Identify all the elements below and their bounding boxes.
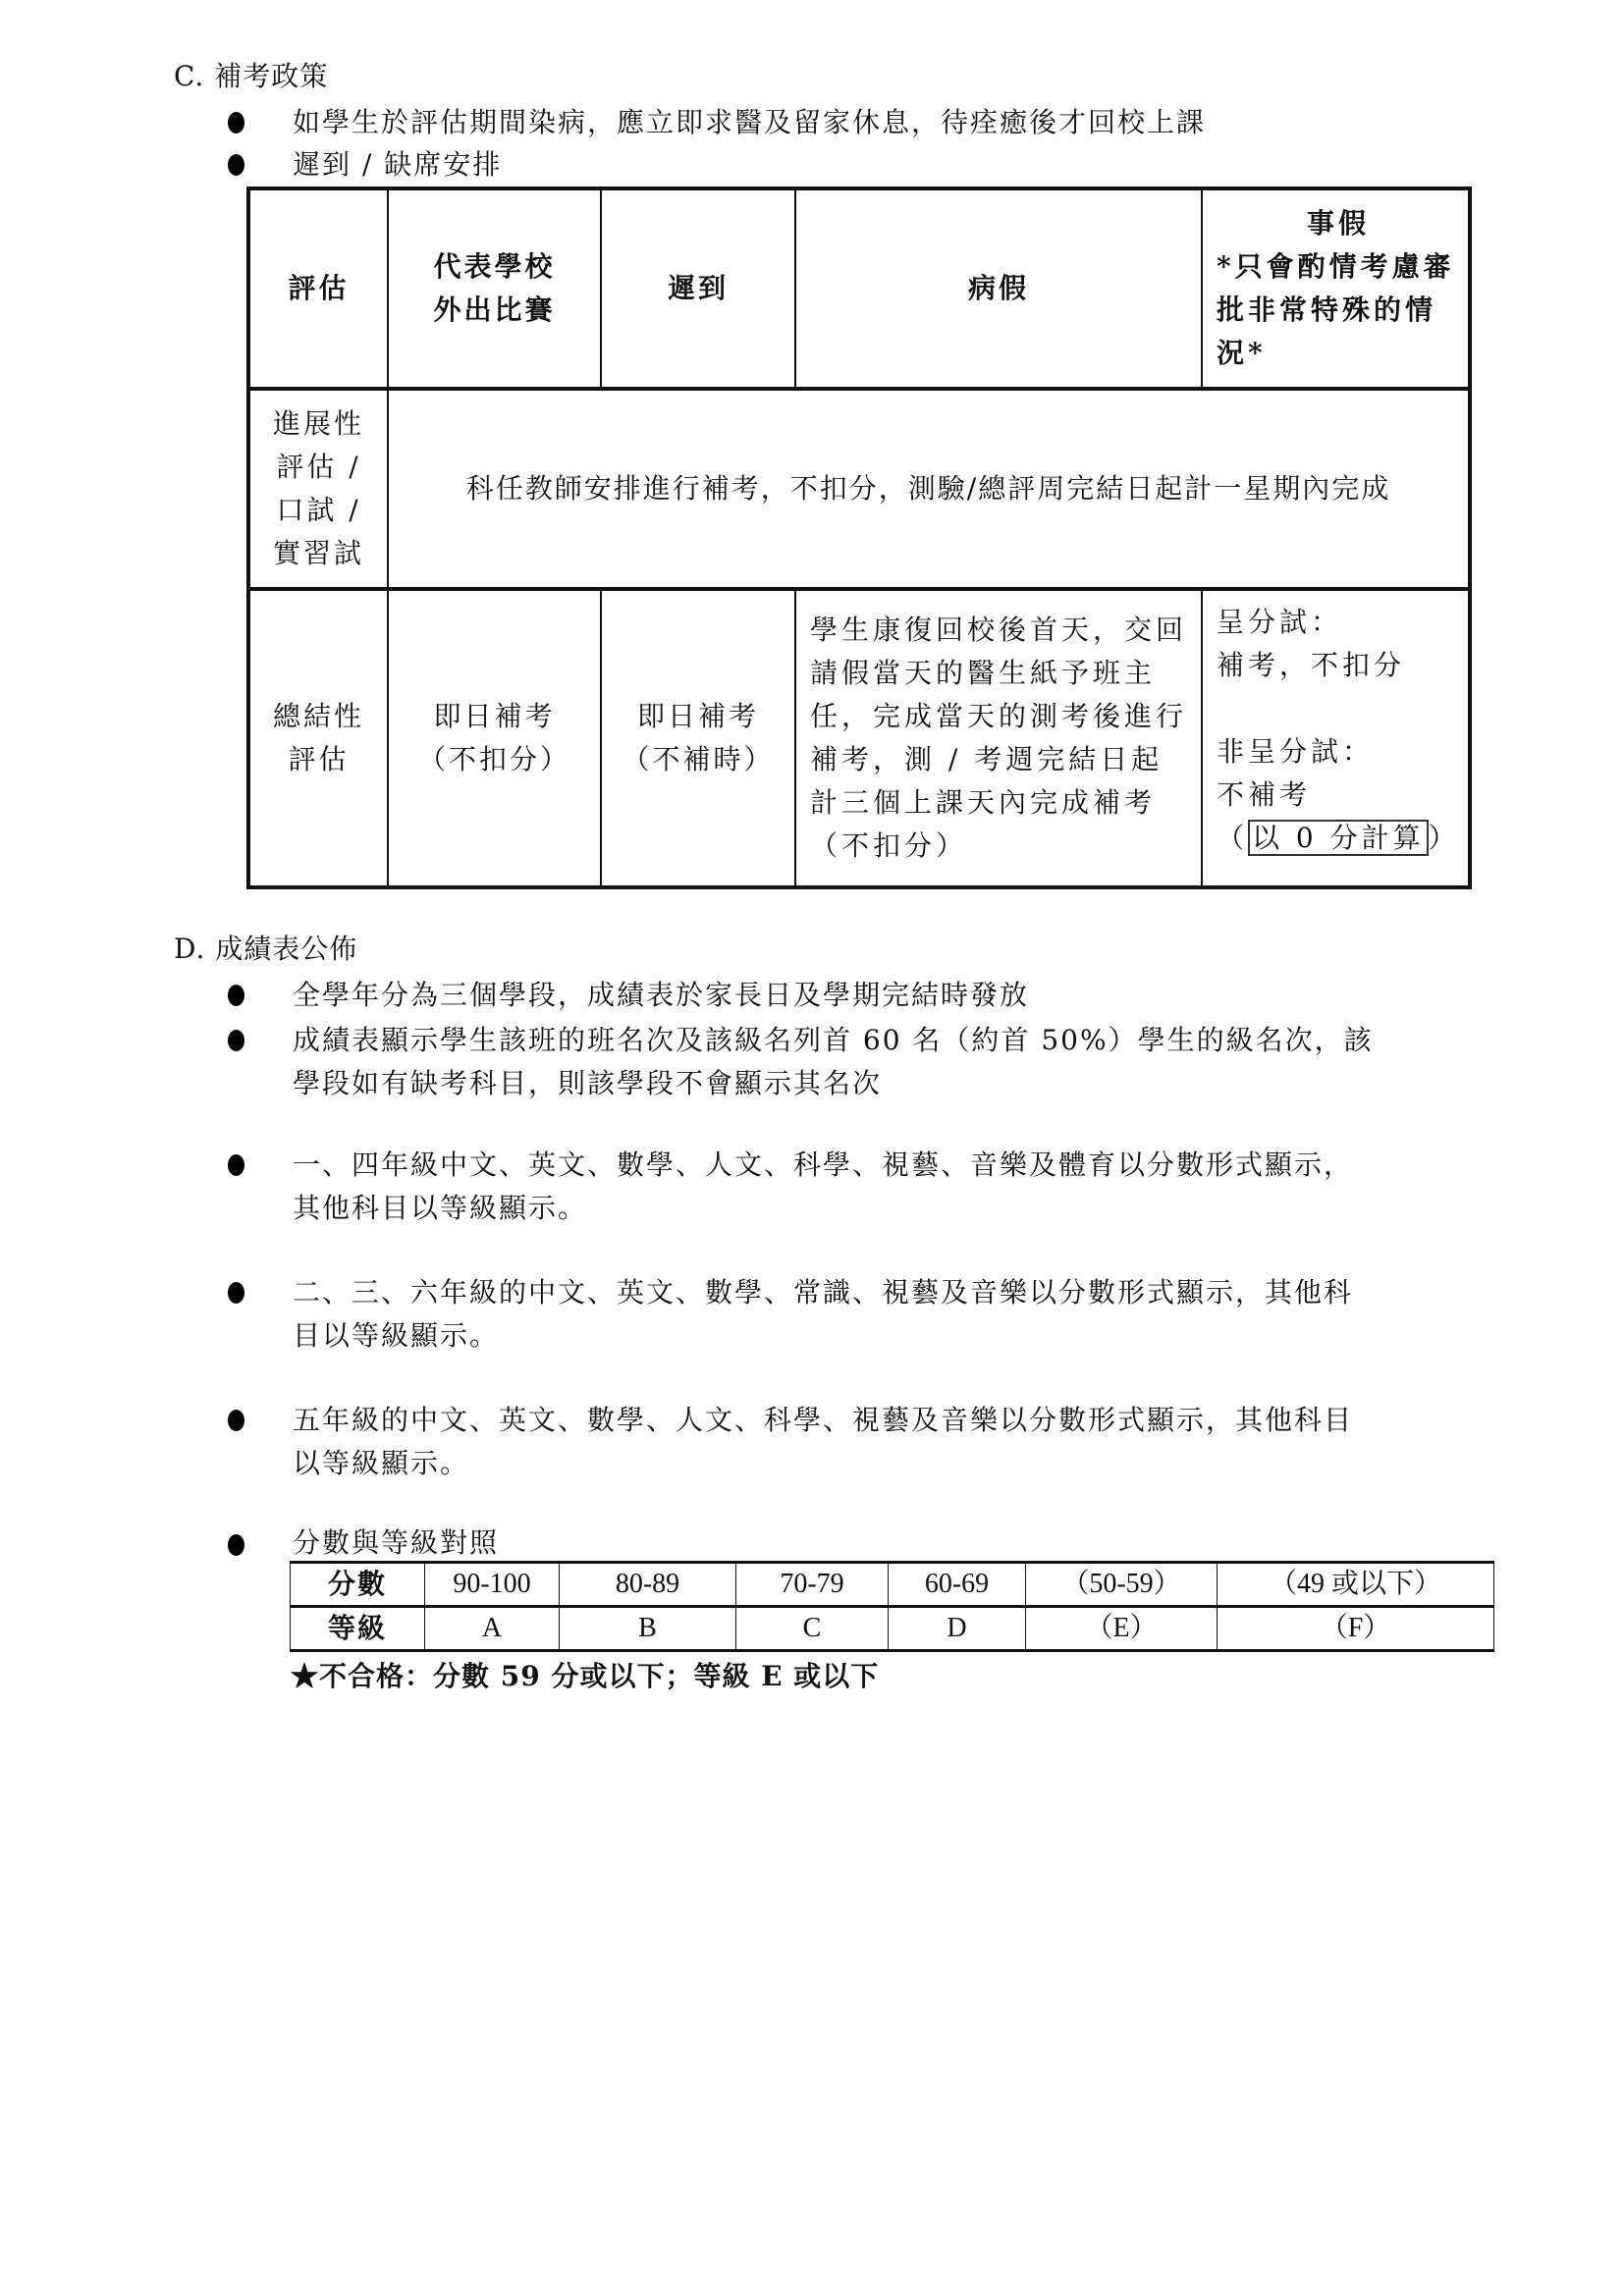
bullet-text: 二、三、六年級的中文、英文、數學、常識、視藝及音樂以分數形式顯示，其他科 bbox=[293, 1271, 1353, 1314]
fail-note: ★不合格：分數 59 分或以下；等級 E 或以下 bbox=[291, 1657, 879, 1696]
header-personal-leave: 事假 *只會酌情考慮審批非常特殊的情況* bbox=[1202, 188, 1470, 389]
table-row: 進展性 評估 / 口試 / 實習試 科任教師安排進行補考，不扣分，測驗/總評周完… bbox=[248, 389, 1470, 589]
score-cell: 80-89 bbox=[560, 1563, 736, 1607]
boxed-note: 以 0 分計算 bbox=[1248, 820, 1429, 856]
header-late: 遲到 bbox=[601, 188, 795, 389]
personal-leave-cell: 呈分試： 補考，不扣分 非呈分試： 不補考 （以 0 分計算） bbox=[1202, 589, 1470, 887]
bullet-text: 如學生於評估期間染病，應立即求醫及留家休息，待痊癒後才回校上課 bbox=[293, 101, 1206, 144]
bullet-icon bbox=[228, 1030, 244, 1051]
table-row: 總結性 評估 即日補考 （不扣分） 即日補考 （不補時） 學生康復回校後首天，交… bbox=[248, 589, 1470, 887]
bullet-text: 遲到 / 缺席安排 bbox=[293, 143, 502, 187]
sick-leave-cell: 學生康復回校後首天，交回請假當天的醫生紙予班主任，完成當天的測考後進行補考，測 … bbox=[795, 589, 1202, 887]
bullet-icon bbox=[228, 154, 244, 176]
bullet-text-cont: 以等級顯示。 bbox=[293, 1442, 469, 1485]
competition-cell: 即日補考 （不扣分） bbox=[388, 589, 601, 887]
header-assessment: 評估 bbox=[248, 188, 388, 389]
header-sick-leave: 病假 bbox=[795, 188, 1202, 389]
score-label: 分數 bbox=[291, 1563, 425, 1607]
grade-cell: （E） bbox=[1026, 1607, 1218, 1651]
row-category: 總結性 評估 bbox=[248, 589, 388, 887]
grade-cell: D bbox=[889, 1607, 1026, 1651]
score-cell: 60-69 bbox=[889, 1563, 1026, 1607]
bullet-icon bbox=[228, 1282, 244, 1304]
bullet-icon bbox=[228, 1534, 244, 1556]
bullet-text: 全學年分為三個學段，成績表於家長日及學期完結時發放 bbox=[293, 974, 1029, 1017]
bullet-text-cont: 目以等級顯示。 bbox=[293, 1314, 499, 1358]
bullet-text: 成績表顯示學生該班的班名次及該級名列首 60 名（約首 50%）學生的級名次，該 bbox=[293, 1019, 1374, 1062]
table-header-row: 評估 代表學校 外出比賽 遲到 病假 事假 *只會酌情考慮審批非常特殊的情況* bbox=[248, 188, 1470, 389]
bullet-icon bbox=[228, 1410, 244, 1431]
bullet-text-cont: 學段如有缺考科目，則該學段不會顯示其名次 bbox=[293, 1062, 882, 1105]
bullet-icon bbox=[228, 112, 244, 133]
grade-cell: A bbox=[425, 1607, 560, 1651]
score-cell: 90-100 bbox=[425, 1563, 560, 1607]
grade-label: 等級 bbox=[291, 1607, 425, 1651]
bullet-icon bbox=[228, 985, 244, 1006]
score-row: 分數 90-100 80-89 70-79 60-69 （50-59） （49 … bbox=[291, 1563, 1494, 1607]
grade-row: 等級 A B C D （E） （F） bbox=[291, 1607, 1494, 1651]
absence-arrangement-table: 評估 代表學校 外出比賽 遲到 病假 事假 *只會酌情考慮審批非常特殊的情況* … bbox=[246, 187, 1472, 889]
section-d-heading: D. 成績表公佈 bbox=[174, 930, 357, 969]
header-competition: 代表學校 外出比賽 bbox=[388, 188, 601, 389]
grade-cell: （F） bbox=[1218, 1607, 1494, 1651]
grade-cell: C bbox=[736, 1607, 889, 1651]
section-c-heading: C. 補考政策 bbox=[174, 57, 328, 96]
row-category: 進展性 評估 / 口試 / 實習試 bbox=[248, 389, 388, 589]
bullet-text: 一、四年級中文、英文、數學、人文、科學、視藝、音樂及體育以分數形式顯示， bbox=[293, 1144, 1353, 1187]
merged-cell: 科任教師安排進行補考，不扣分，測驗/總評周完結日起計一星期內完成 bbox=[388, 389, 1470, 589]
bullet-text: 分數與等級對照 bbox=[293, 1522, 499, 1565]
grade-conversion-table: 分數 90-100 80-89 70-79 60-69 （50-59） （49 … bbox=[290, 1561, 1494, 1652]
grade-cell: B bbox=[560, 1607, 736, 1651]
score-cell: （49 或以下） bbox=[1218, 1563, 1494, 1607]
bullet-icon bbox=[228, 1154, 244, 1176]
score-cell: （50-59） bbox=[1026, 1563, 1218, 1607]
score-cell: 70-79 bbox=[736, 1563, 889, 1607]
late-cell: 即日補考 （不補時） bbox=[601, 589, 795, 887]
bullet-text-cont: 其他科目以等級顯示。 bbox=[293, 1187, 587, 1230]
bullet-text: 五年級的中文、英文、數學、人文、科學、視藝及音樂以分數形式顯示，其他科目 bbox=[293, 1399, 1353, 1442]
